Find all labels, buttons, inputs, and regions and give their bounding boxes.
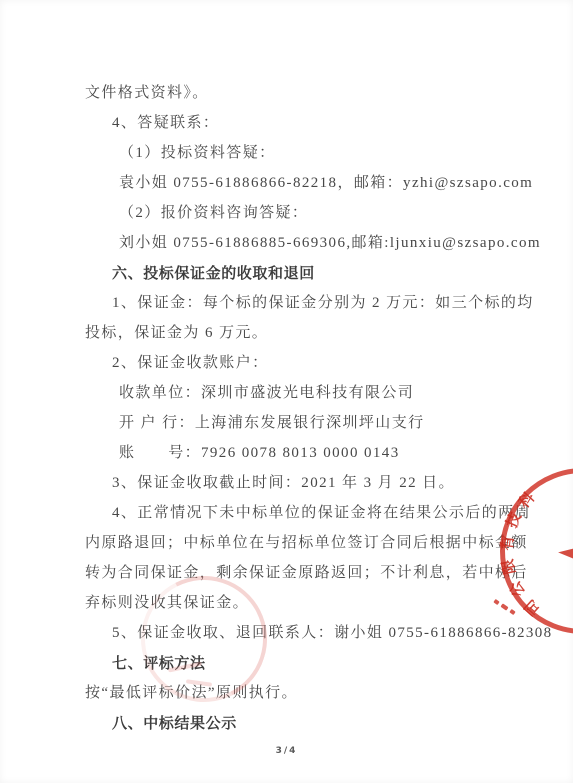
document-page: 文件格式资料》。4、答疑联系：（1）投标资料答疑：袁小姐 0755-618868… bbox=[0, 0, 573, 783]
text-line: 文件格式资料》。 bbox=[85, 78, 545, 108]
text-line: 账 号：7926 0078 8013 0000 0143 bbox=[85, 438, 545, 468]
seal-text-char: 限 bbox=[497, 555, 521, 579]
text-line: 2、保证金收款账户： bbox=[85, 348, 545, 378]
text-line: 八、中标结果公示 bbox=[85, 708, 545, 738]
text-line: 投标，保证金为 6 万元。 bbox=[85, 318, 545, 348]
text-line: 1、保证金：每个标的保证金分别为 2 万元：如三个标的均 bbox=[85, 288, 545, 318]
text-line: 开 户 行：上海浦东发展银行深圳坪山支行 bbox=[85, 408, 545, 438]
text-line: 袁小姐 0755-61886866-82218，邮箱：yzhi@szsapo.c… bbox=[85, 168, 545, 198]
text-line: 刘小姐 0755-61886885-669306,邮箱:ljunxiu@szsa… bbox=[85, 228, 545, 258]
text-line: 六、投标保证金的收取和退回 bbox=[85, 258, 545, 288]
text-line: （1）投标资料答疑： bbox=[85, 138, 545, 168]
text-line: 按“最低评标价法”原则执行。 bbox=[85, 678, 545, 708]
text-line: 4、答疑联系： bbox=[85, 108, 545, 138]
text-line: 内原路退回；中标单位在与招标单位签订合同后根据中标金额 bbox=[85, 528, 545, 558]
text-line: 3、保证金收取截止时间：2021 年 3 月 22 日。 bbox=[85, 468, 545, 498]
text-line: （2）报价资料咨询答疑： bbox=[85, 198, 545, 228]
text-line: 4、正常情况下未中标单位的保证金将在结果公示后的两周 bbox=[85, 498, 545, 528]
text-line: 收款单位：深圳市盛波光电科技有限公司 bbox=[85, 378, 545, 408]
page-number: 3/4 bbox=[0, 746, 573, 756]
text-line: 转为合同保证金，剩余保证金原路返回；不计利息，若中标后 bbox=[85, 558, 545, 588]
